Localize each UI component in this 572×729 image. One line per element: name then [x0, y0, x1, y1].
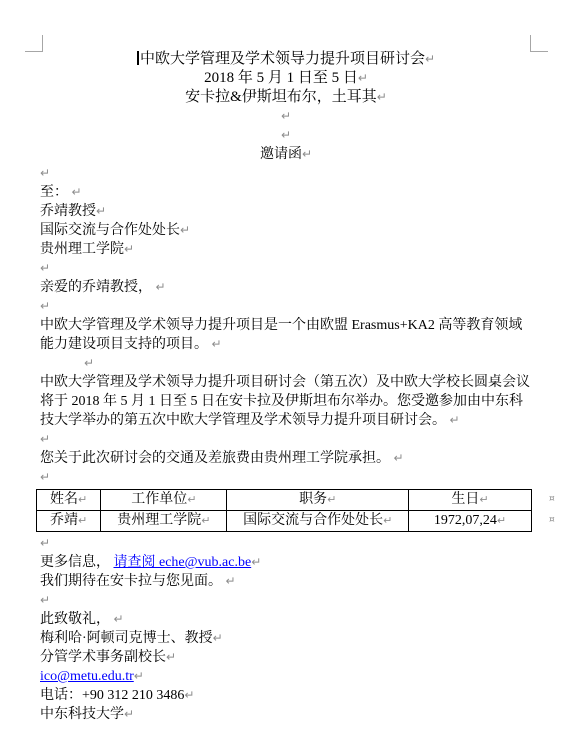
signer-phone-line: 电话：+90 312 210 3486↵	[40, 686, 532, 705]
paragraph-mark: ↵	[40, 299, 50, 313]
recipient-name: 乔靖教授	[40, 204, 96, 219]
paragraph-mark: ↵	[302, 147, 312, 161]
salutation-line: 亲爱的乔靖教授， ↵	[40, 278, 532, 297]
signer-phone: 电话：+90 312 210 3486	[40, 688, 184, 703]
subject-line: 邀请函↵	[40, 145, 532, 164]
paragraph-mark: ↵	[156, 280, 166, 294]
paragraph-text: 中欧大学管理及学术领导力提升项目是一个由欧盟 Erasmus+KA2 高等教育领…	[40, 318, 522, 352]
table-cell-birthday: 1972,07,24↵	[408, 511, 531, 532]
recipient-name-line: 乔靖教授↵	[40, 202, 532, 221]
cell-end-mark: ↵	[479, 493, 488, 506]
paragraph-invitation: 中欧大学管理及学术领导力提升项目研讨会（第五次）及中欧大学校长圆桌会议将于 20…	[40, 373, 532, 430]
signer-org-line: 中东科技大学↵	[40, 705, 532, 724]
cell-text: 乔靖	[50, 513, 78, 528]
empty-line: ↵	[40, 534, 532, 553]
title-text-2: 2018 年 5 月 1 日至 5 日	[204, 70, 358, 86]
paragraph-mark: ↵	[114, 612, 124, 626]
signer-email-link[interactable]: ico@metu.edu.tr	[40, 669, 134, 684]
paragraph-mark: ↵	[166, 650, 176, 664]
signer-role: 分管学术事务副校长	[40, 650, 166, 665]
info-email-link[interactable]: 请查阅 eche@vub.ac.be	[114, 555, 252, 570]
closing-regards-line: 此致敬礼， ↵	[40, 610, 532, 629]
row-end-mark: ¤	[549, 516, 555, 525]
signer-email-line: ico@metu.edu.tr↵	[40, 667, 532, 686]
recipient-org-line: 贵州理工学院↵	[40, 240, 532, 259]
paragraph-mark: ↵	[281, 128, 291, 142]
signer-name-line: 梅利哈·阿顿司克博士、教授↵	[40, 629, 532, 648]
header-cell-text: 职务	[299, 492, 327, 507]
cell-end-mark: ↵	[327, 493, 336, 506]
title-line-1: 中欧大学管理及学术领导力提升项目研讨会↵	[40, 50, 532, 69]
title-text-1: 中欧大学管理及学术领导力提升项目研讨会	[140, 51, 425, 67]
table-row: 乔靖↵ 贵州理工学院↵ 国际交流与合作处处长↵ 1972,07,24↵	[37, 511, 532, 532]
paragraph-mark: ↵	[450, 413, 460, 427]
meet-text: 我们期待在安卡拉与您见面。	[40, 574, 222, 589]
meet-line: 我们期待在安卡拉与您见面。 ↵	[40, 572, 532, 591]
more-info-prefix: 更多信息，	[40, 555, 110, 570]
header-cell-text: 生日	[451, 492, 479, 507]
cell-end-mark: ↵	[78, 493, 87, 506]
paragraph-mark: ↵	[72, 185, 82, 199]
header-cell-text: 工作单位	[131, 492, 187, 507]
margin-corner-mark-top-right	[530, 35, 548, 52]
signer-name: 梅利哈·阿顿司克博士、教授	[40, 631, 213, 646]
table-cell-workunit: 贵州理工学院↵	[101, 511, 227, 532]
paragraph-mark: ↵	[377, 90, 387, 104]
empty-line: ↵	[40, 430, 532, 449]
paragraph-mark: ↵	[213, 631, 223, 645]
paragraph-mark: ↵	[40, 536, 50, 550]
cell-text: 国际交流与合作处处长	[243, 513, 383, 528]
paragraph-text: 您关于此次研讨会的交通及差旅费由贵州理工学院承担。	[40, 451, 390, 466]
empty-line: ↵	[40, 107, 532, 126]
text-cursor	[137, 51, 139, 65]
signer-role-line: 分管学术事务副校长↵	[40, 648, 532, 667]
recipient-org: 贵州理工学院	[40, 242, 124, 257]
participant-table: 姓名↵ 工作单位↵ 职务↵ 生日↵ 乔靖↵ 贵州理工学院↵ 国际交流与合作处处长…	[36, 489, 532, 532]
paragraph-mark: ↵	[281, 109, 291, 123]
cell-text: 1972,07,24	[434, 513, 497, 528]
table-cell-position: 国际交流与合作处处长↵	[227, 511, 408, 532]
title-text-3: 安卡拉&伊斯坦布尔，土耳其	[185, 89, 377, 105]
paragraph-mark: ↵	[180, 223, 190, 237]
paragraph-mark: ↵	[40, 166, 50, 180]
cell-end-mark: ↵	[201, 514, 210, 527]
empty-line: ↵	[40, 591, 532, 610]
paragraph-project-intro: 中欧大学管理及学术领导力提升项目是一个由欧盟 Erasmus+KA2 高等教育领…	[40, 316, 532, 354]
empty-line: ↵	[40, 297, 532, 316]
empty-line: ↵	[40, 164, 532, 183]
empty-line: ↵	[40, 126, 532, 145]
paragraph-mark: ↵	[40, 470, 50, 484]
cell-end-mark: ↵	[78, 514, 87, 527]
more-info-line: 更多信息， 请查阅 eche@vub.ac.be↵	[40, 553, 532, 572]
recipient-role-line: 国际交流与合作处处长↵	[40, 221, 532, 240]
paragraph-expenses: 您关于此次研讨会的交通及差旅费由贵州理工学院承担。 ↵	[40, 449, 532, 468]
paragraph-mark: ↵	[40, 261, 50, 275]
cell-text: 贵州理工学院	[117, 513, 201, 528]
paragraph-mark: ↵	[40, 593, 50, 607]
recipient-role: 国际交流与合作处处长	[40, 223, 180, 238]
paragraph-mark: ↵	[40, 432, 50, 446]
paragraph-mark: ↵	[226, 574, 236, 588]
paragraph-mark: ↵	[251, 555, 261, 569]
signer-org: 中东科技大学	[40, 707, 124, 722]
paragraph-mark: ↵	[184, 688, 194, 702]
paragraph-mark: ↵	[394, 451, 404, 465]
cell-end-mark: ↵	[187, 493, 196, 506]
closing-regards: 此致敬礼，	[40, 612, 110, 627]
header-cell-text: 姓名	[50, 492, 78, 507]
cell-end-mark: ↵	[383, 514, 392, 527]
document-content: 中欧大学管理及学术领导力提升项目研讨会↵ 2018 年 5 月 1 日至 5 日…	[40, 50, 532, 724]
empty-line: ↵	[40, 259, 532, 278]
paragraph-mark: ↵	[358, 71, 368, 85]
table-header-row: 姓名↵ 工作单位↵ 职务↵ 生日↵	[37, 490, 532, 511]
title-line-3: 安卡拉&伊斯坦布尔，土耳其↵	[40, 88, 532, 107]
paragraph-mark: ↵	[84, 356, 94, 370]
paragraph-mark: ↵	[425, 52, 435, 66]
paragraph-mark: ↵	[124, 242, 134, 256]
table-header-position: 职务↵	[227, 490, 408, 511]
table-cell-name: 乔靖↵	[37, 511, 101, 532]
empty-line: ↵	[40, 468, 532, 487]
paragraph-mark: ↵	[134, 669, 144, 683]
paragraph-mark: ↵	[96, 204, 106, 218]
cell-end-mark: ↵	[497, 514, 506, 527]
participant-table-wrap: 姓名↵ 工作单位↵ 职务↵ 生日↵ 乔靖↵ 贵州理工学院↵ 国际交流与合作处处长…	[36, 489, 532, 532]
subject-text: 邀请函	[260, 147, 302, 162]
table-header-name: 姓名↵	[37, 490, 101, 511]
paragraph-mark: ↵	[212, 337, 222, 351]
recipient-to-line: 至： ↵	[40, 183, 532, 202]
table-header-workunit: 工作单位↵	[101, 490, 227, 511]
paragraph-mark: ↵	[124, 707, 134, 721]
title-line-2: 2018 年 5 月 1 日至 5 日↵	[40, 69, 532, 88]
salutation-text: 亲爱的乔靖教授，	[40, 280, 152, 295]
empty-line-indented: ↵	[40, 354, 532, 373]
row-end-mark: ¤	[549, 495, 555, 504]
table-header-birthday: 生日↵	[408, 490, 531, 511]
recipient-to: 至：	[40, 185, 68, 200]
